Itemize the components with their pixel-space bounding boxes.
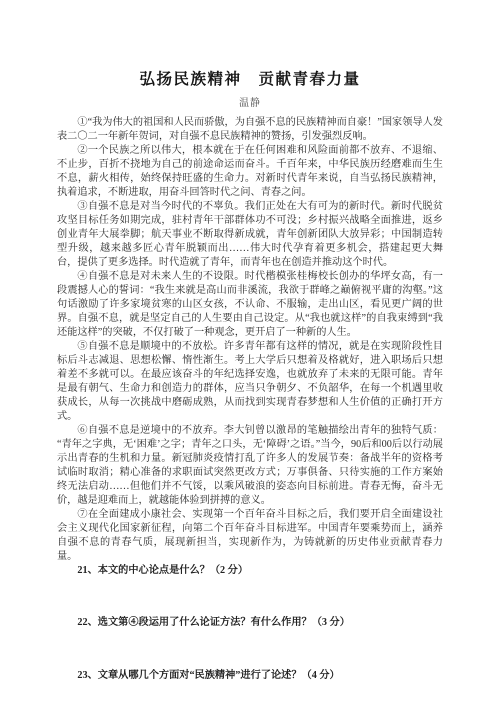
question-23: 23、文章从哪几个方面对“民族精神”进行了论述？（4 分） <box>57 669 443 683</box>
article-title: 弘扬民族精神 贡献青春力量 <box>0 67 500 89</box>
article-paragraph-2: ②一个民族之所以伟大，根本就在于在任何困难和风险面前都不放弃、不退缩、不止步，百… <box>57 144 443 200</box>
question-22: 22、选文第④段运用了什么论证方法？有什么作用？（3 分） <box>57 616 443 630</box>
article-paragraph-4: ④自强不息是对未来人生的不设限。时代楷模张桂梅校长创办的华坪女高，有一段震撼人心… <box>57 270 443 340</box>
article-paragraph-1: ①“我为伟大的祖国和人民而骄傲，为自强不息的民族精神而自豪！”国家领导人发表二〇… <box>57 116 443 144</box>
article-body: ①“我为伟大的祖国和人民而骄傲，为自强不息的民族精神而自豪！”国家领导人发表二〇… <box>57 116 443 564</box>
article-paragraph-6: ⑥自强不息是逆境中的不放弃。李大钊曾以激昂的笔触描绘出青年的独特气质：“青年之字… <box>57 424 443 508</box>
article-author: 温静 <box>0 94 500 109</box>
document-page: 弘扬民族精神 贡献青春力量 温静 ①“我为伟大的祖国和人民而骄傲，为自强不息的民… <box>0 0 500 707</box>
question-list: 21、本文的中心论点是什么？（2 分） 22、选文第④段运用了什么论证方法？有什… <box>57 564 443 683</box>
article-paragraph-5: ⑤自强不息是顺境中的不放松。许多青年都有这样的情况，就是在实现阶段性目标后斗志减… <box>57 340 443 424</box>
question-21: 21、本文的中心论点是什么？（2 分） <box>57 564 443 578</box>
article-paragraph-3: ③自强不息是对当今时代的不辜负。我们正处在大有可为的新时代。新时代脱贫攻坚目标任… <box>57 200 443 270</box>
article-paragraph-7: ⑦在全面建成小康社会、实现第一个百年奋斗目标之后，我们要开启全面建设社会主义现代… <box>57 508 443 564</box>
